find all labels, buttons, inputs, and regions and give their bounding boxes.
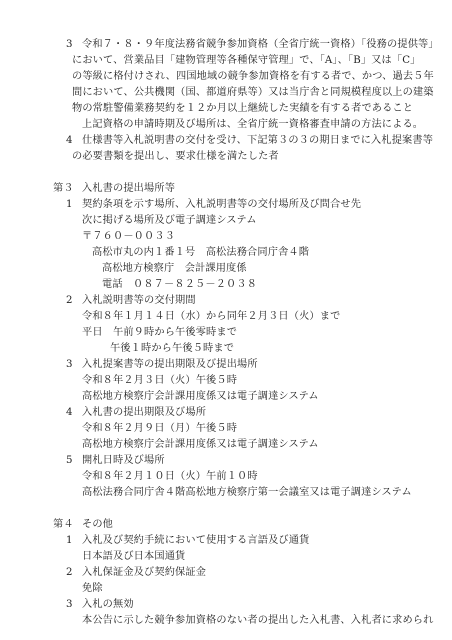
paragraph-line: の等級に格付けされ、四国地域の競争参加資格を有する者で、かつ、過去５年 <box>72 69 434 85</box>
item-number: 5 <box>66 453 73 469</box>
item-number: 4 <box>66 405 73 421</box>
office-name: 高松地方検察庁 会計課用度係 <box>102 261 247 277</box>
paragraph-line: 間において、公共機関（国、都道府県等）又は当庁舎と同規模程度以上の建築 <box>72 85 434 101</box>
item-line: 令和８年２月１０日（火）午前１０時 <box>82 469 258 485</box>
item-title: 開札日時及び場所 <box>82 453 165 469</box>
item-number: 3 <box>66 597 73 613</box>
item-line: 日本語及び日本国通貨 <box>82 549 185 565</box>
paragraph-line: 上記資格の申請時期及び場所は、全省庁統一資格審査申請の方法による。 <box>82 117 423 133</box>
item-title: 入札及び契約手続において使用する言語及び通貨 <box>82 533 309 549</box>
item-line: 令和８年１月１４日（水）から同年２月３日（火）まで <box>82 309 340 325</box>
item-line: 午後１時から午後５時まで <box>110 341 234 357</box>
document-page: 3 令和７・８・９年度法務省競争参加資格（全省庁統一資格）「役務の提供等」 にお… <box>0 0 452 640</box>
item-number: 1 <box>66 533 73 549</box>
item-title: 入札の無効 <box>82 597 134 613</box>
item-title: 入札提案書等の提出期限及び提出場所 <box>82 357 258 373</box>
postal-code: 〒７６０－００３３ <box>82 229 175 245</box>
address: 高松市丸の内１番１号 高松法務合同庁舎４階 <box>92 245 309 261</box>
item-number: 3 <box>66 357 73 373</box>
item-number: 2 <box>66 293 73 309</box>
item-title: 入札保証金及び契約保証金 <box>82 565 206 581</box>
item-number: 3 <box>66 37 73 53</box>
paragraph-line: 物の常駐警備業務契約を１２か月以上継続した実績を有する者であること <box>72 101 413 117</box>
item-title: 契約条項を示す場所、入札説明書等の交付場所及び問合せ先 <box>82 197 361 213</box>
item-line: 高松地方検察庁会計課用度係又は電子調達システム <box>82 437 319 453</box>
paragraph-line: において、営業品目「建物管理等各種保守管理」で、「A」、「B」又は「C」 <box>72 53 421 69</box>
item-title: 入札書の提出期限及び場所 <box>82 405 206 421</box>
item-line: 平日 午前９時から午後零時まで <box>82 325 237 341</box>
section-title: その他 <box>82 517 113 533</box>
section-label: 第４ <box>53 517 74 533</box>
paragraph-line: 仕様書等入札説明書の交付を受け、下記第３の３の期日までに入札提案書等 <box>82 133 433 149</box>
paragraph-line: の必要書類を提出し、要求仕様を満たした者 <box>72 149 279 165</box>
item-line: 免除 <box>82 581 103 597</box>
item-number: 4 <box>66 133 73 149</box>
item-line: 本公告に示した競争参加資格のない者の提出した入札書、入札者に求められ <box>82 613 433 629</box>
item-line: 令和８年２月３日（火）午後５時 <box>82 373 237 389</box>
item-number: 1 <box>66 197 73 213</box>
paragraph-line: 令和７・８・９年度法務省競争参加資格（全省庁統一資格）「役務の提供等」 <box>82 37 439 53</box>
section-title: 入札書の提出場所等 <box>82 181 175 197</box>
item-line: 次に掲げる場所及び電子調達システム <box>82 213 257 229</box>
item-number: 2 <box>66 565 73 581</box>
item-line: 高松地方検察庁会計課用度係又は電子調達システム <box>82 389 319 405</box>
item-line: 令和８年２月９日（月）午後５時 <box>82 421 237 437</box>
item-title: 入札説明書等の交付期間 <box>82 293 196 309</box>
item-line: 高松法務合同庁舎４階高松地方検察庁第一会議室又は電子調達システム <box>82 485 412 501</box>
section-label: 第３ <box>53 181 74 197</box>
phone-number: 電話 ０８７－８２５－２０３８ <box>102 277 257 293</box>
